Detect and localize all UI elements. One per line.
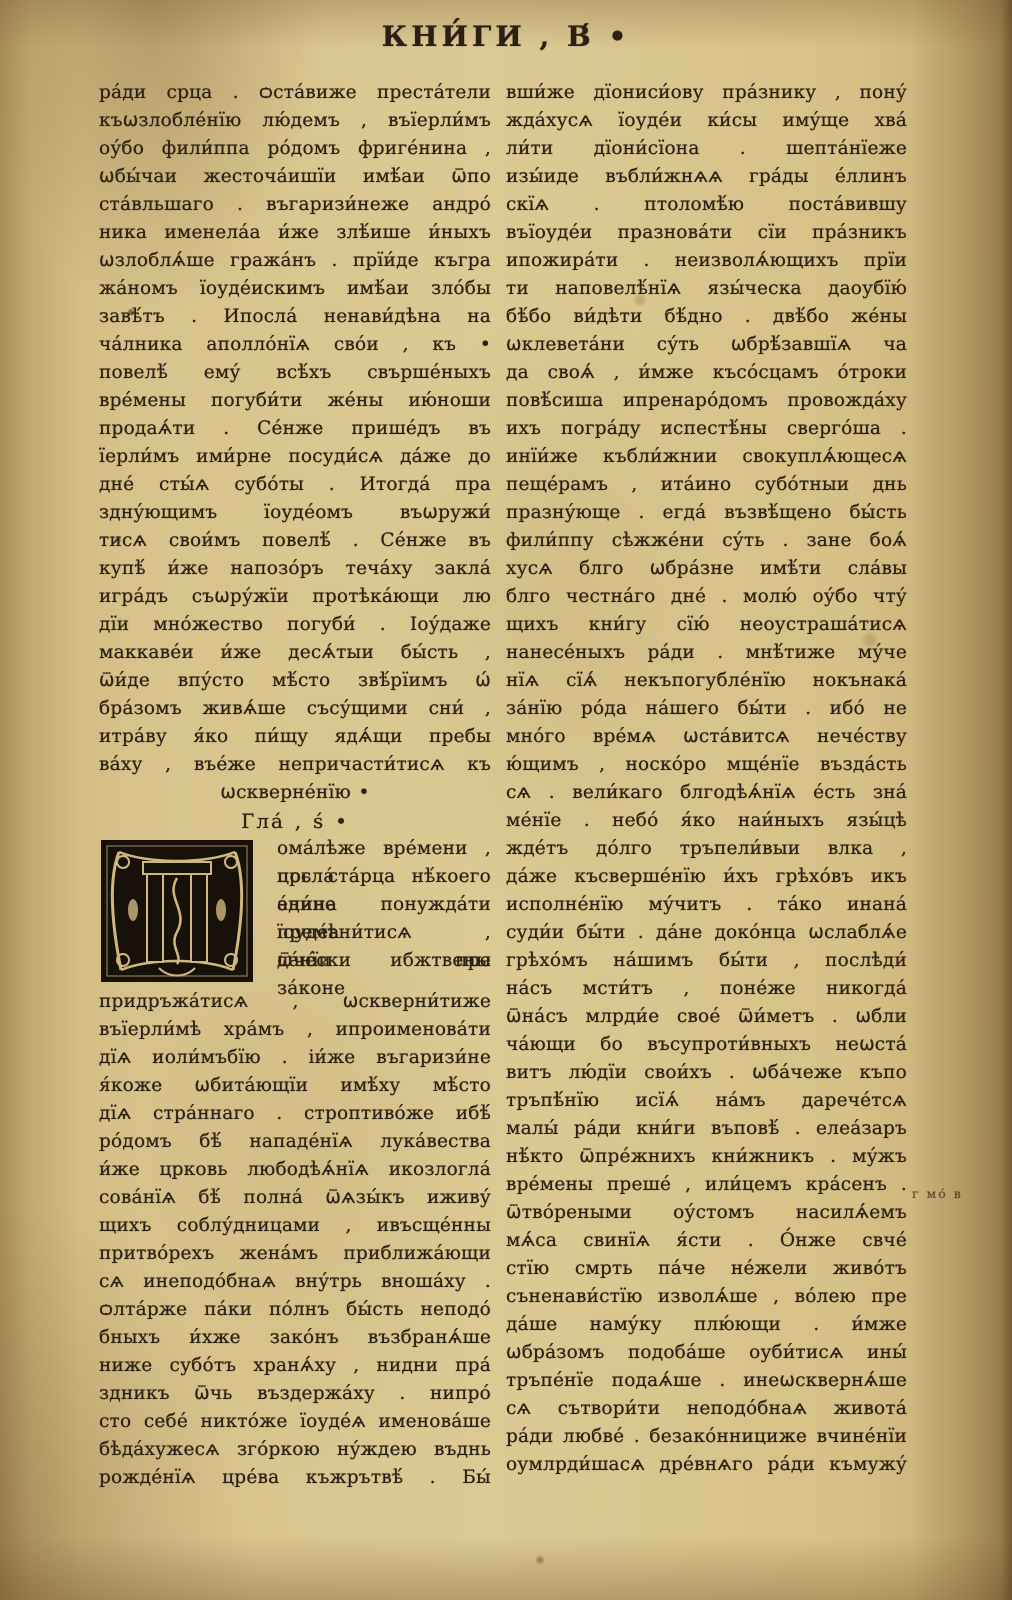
text-line: бра́зомъ живѧ́ше съсу́щими сни́ , (99, 695, 491, 723)
text-line: стїю смрть па́че не́жели живо́тъ (506, 1255, 907, 1283)
text-line: жа́номъ їоуде́искимъ имѣ́аи зло́бы (99, 275, 491, 303)
text-line: да́ше наму́ку плю́ющи . и́мже (506, 1311, 907, 1339)
text-line: я́коже ѡбита́ющїи имѣ́ху мѣ́сто (99, 1072, 491, 1100)
text-line: грѣхо́мъ на́шимъ бы́ти , послѣди́ (506, 947, 907, 975)
text-line: ли́ти дїони́сїона . шепта́нїеже (506, 135, 907, 163)
text-line: ю́щимъ , носко́ро мще́нїе възда́сть (506, 751, 907, 779)
text-line: ча́лника аполло́нїѧ сво́и , къ • (99, 331, 491, 359)
text-line: дїѧ стра́ннаго . строптиво́же ибѣ́ (99, 1100, 491, 1128)
text-line: придръжа́тисѧ , ѡскверни́тиже (99, 988, 491, 1016)
text-line: блго честна́го дне́ . молю́ оу́бо чту́ (506, 583, 907, 611)
text-line: мно́го вре́мѧ ѡста́витсѧ нече́ству (506, 723, 907, 751)
text-line: вши́же дїониси́ову пра́знику , пону́ (506, 79, 907, 107)
left-column-text: ра́ди срца . ѻста́виже преста́теликъѡзло… (99, 79, 491, 779)
text-line: притво́рехъ жена́мъ приближа́ющи (99, 1240, 491, 1268)
text-line: ѿи́де впу́сто мѣ́сто звѣ́рїимъ ѡ́ (99, 667, 491, 695)
margin-note: г мо́ в (912, 1186, 963, 1201)
text-line: исполне́нїю му́читъ . та́ко инана́ (506, 891, 907, 919)
text-line: витъ лю́дїи свои́хъ . ѡба́чеже къпо (506, 1059, 907, 1087)
text-line: бѣ́бо ви́дѣти бѣ́дно . двѣ́бо же́ны (506, 303, 907, 331)
text-line: нїѧ сїѧ́ некъпогубле́нїю нокънака́ (506, 667, 907, 695)
text-line: ѿна́съ млрди́е свое́ ѿи́метъ . ѡбли (506, 1003, 907, 1031)
text-line: жда́хусѧ їоуде́и ки́сы иму́ще хва́ (506, 107, 907, 135)
right-column-text: вши́же дїониси́ову пра́знику , пону́жда́… (506, 79, 907, 1479)
text-line: нанесе́ныхъ ра́ди . мнѣ́тиже му́че (506, 639, 907, 667)
text-line: тръпе́нїе подаѧ́ше . инеѡсквернѧ́ше (506, 1367, 907, 1395)
text-line: пеще́рамъ , ита́ино субо́тныи днь (506, 471, 907, 499)
text-line: въїерли́мѣ хра́мъ , ипроименова́ти (99, 1016, 491, 1044)
text-line: ста́вльшаго . въгаризи́неже андро́ (99, 191, 491, 219)
text-line: сѧ инеподо́бнаѧ вну́трь вноша́ху . (99, 1268, 491, 1296)
text-line: съненави́стїю изволѧ́ше , во́лею пре (506, 1283, 907, 1311)
left-column: ра́ди срца . ѻста́виже преста́теликъѡзло… (99, 79, 491, 1492)
text-line: ча́ющи бо въсупроти́вныхъ неѡста́ (506, 1031, 907, 1059)
text-line: инїи́же къбли́жнии свокуплѧ́ющесѧ (506, 443, 907, 471)
text-line: вре́мены преше́ , или́цемъ кра́сенъ . (506, 1171, 907, 1199)
text-line: сто себе́ никто́же їоуде́ѧ именова́ше (99, 1408, 491, 1436)
text-line: на́съ мсти́тъ , поне́же никогда́ (506, 975, 907, 1003)
text-line: въїоуде́и празнова́ти сїи пра́зникъ (506, 219, 907, 247)
text-line: здникъ ѿчь въздержа́ху . нипро́ (99, 1380, 491, 1408)
text-line: къѡзлобле́нїю лю́демъ , въїерли́мъ (99, 107, 491, 135)
text-line: рожде́нїѧ цре́ва къжрътвѣ́ . Бы́ (99, 1464, 491, 1492)
text-line: ра́ди срца . ѻста́виже преста́тели (99, 79, 491, 107)
text-line: сова́нїѧ бѣ́ полна́ ѿѧзы́къ иживу́ (99, 1184, 491, 1212)
text-line: ихъ погра́ду испестѣ́ны сверго́ша . (506, 415, 907, 443)
chapter-heading: Гла́ , ѕ́ • (99, 807, 491, 835)
text-line: ме́нїе . небо́ я́ко наи́ныхъ язы́цѣ (506, 807, 907, 835)
text-line: жде́тъ до́лго тръпели́выи влка , (506, 835, 907, 863)
text-line: ва́ху , въе́же непричасти́тисѧ къ (99, 751, 491, 779)
text-line: здну́ющимъ їоуде́омъ въѡружи́ (99, 499, 491, 527)
text-line: изы́иде въбли́жнѧѧ гра́ды е́ллинъ (506, 163, 907, 191)
text-line: повѣ́сиша ипренаро́домъ провожда́ху (506, 387, 907, 415)
text-line: щихъ соблу́дницами , ивъсще́нны (99, 1212, 491, 1240)
text-line: нѣ́кто ѿпре́жнихъ кни́жникъ . му́жъ (506, 1143, 907, 1171)
text-line: ника именела́а и́же злѣ́ише и́ныхъ (99, 219, 491, 247)
text-line: ѿтво́реными оу́стомъ насилѧ́емъ (506, 1199, 907, 1227)
text-line: тисѧ свои́мъ повелѣ́ . Се́нже въ (99, 527, 491, 555)
text-line: їерли́мъ ими́рне посуди́сѧ да́же до (99, 443, 491, 471)
text-line: сѧ сътвори́ти неподо́бнаѧ живота́ (506, 1395, 907, 1423)
text-line: мѧ́са свинїѧ я́сти . О́нже свче́ (506, 1227, 907, 1255)
page-title: КНИ́ГИ , В́ • (0, 20, 1012, 53)
text-line: скїѧ . птоломѣ́ю поста́вившу (506, 191, 907, 219)
text-line: ро́домъ бѣ́ нападе́нїѧ лука́вества (99, 1128, 491, 1156)
left-column-text-continued: придръжа́тисѧ , ѡскверни́тижевъїерли́мѣ … (99, 988, 491, 1492)
text-line: ѡбра́зомъ подоба́ше оуби́тисѧ ины́ (506, 1339, 907, 1367)
text-line: ѻлта́рже па́ки по́лнъ бы́сть неподо́ (99, 1296, 491, 1324)
text-line: суди́и бы́ти . да́не доко́нца ѡслаблѧ́е (506, 919, 907, 947)
text-line: да́же късверше́нїю и́хъ грѣхо́въ икъ (506, 863, 907, 891)
text-line: фили́ппу сѣжже́ни су́ть . зане боѧ́ (506, 527, 907, 555)
text-line: вре́мены погуби́ти же́ны ию́ноши (99, 387, 491, 415)
text-line: хусѧ блго ѡбра́зне имѣ́ти сла́вы (506, 555, 907, 583)
text-line: празну́юще . егда́ възвѣ́щено бы́сть (506, 499, 907, 527)
text-line: ниже субо́тъ хранѧ́ху , нидни пра́ (99, 1352, 491, 1380)
text-line: дне́ сты́ѧ субо́ты . Итогда́ пра (99, 471, 491, 499)
text-line: дїѧ иоли́мъбїю . іи́же въгаризи́не (99, 1044, 491, 1072)
text-line: купѣ́ и́же напозо́ръ теча́ху закла́ (99, 555, 491, 583)
text-line: игра́дъ съѡру́жїи протѣка́ющи лю (99, 583, 491, 611)
text-line: за́нїю ро́да на́шего бы́ти . ибо́ не (506, 695, 907, 723)
text-line: сѧ . вели́каго блгодѣѧ́нїѧ е́сть зна́ (506, 779, 907, 807)
text-line: да своѧ́ , и́мже късо́сцамъ о́троки (506, 359, 907, 387)
text-line: ра́ди любве́ . безако́ннициже вчине́нїи (506, 1423, 907, 1451)
paragraph-end-line: ѡскверне́нїю • (99, 779, 491, 807)
text-line: малы́ ра́ди кни́ги въповѣ́ . елеа́заръ (506, 1115, 907, 1143)
text-line: ѡзлоблѧ́ше гража́нъ . прїи́де къгра (99, 247, 491, 275)
text-line: и́же црковь любодѣѧ́нїѧ икозлогла́ (99, 1156, 491, 1184)
chapter-opening-paragraph: ома́лѣже вре́мени , посла́црь ста́рца нѣ… (99, 835, 491, 988)
text-line: маккаве́и и́же десѧ́тыи бы́сть , (99, 639, 491, 667)
text-line: ипожира́ти . неизволѧ́ющихъ прїи (506, 247, 907, 275)
text-line: бѣда́хужесѧ зго́ркою ну́ждею въднь (99, 1436, 491, 1464)
text-line: завѣ́тъ . Ипосла́ ненави́дѣна на (99, 303, 491, 331)
text-line: ти наповелѣ́нїѧ язы́ческа даоубїю́ (506, 275, 907, 303)
text-line: дїи мно́жество погуби́ . Іоу́даже (99, 611, 491, 639)
text-line: итра́ву я́ко пи́щу ядѧ́щи пребы (99, 723, 491, 751)
text-line: оумлрди́шасѧ дре́внѧго ра́ди къмужу́ (506, 1451, 907, 1479)
right-column: вши́же дїониси́ову пра́знику , пону́жда́… (506, 79, 907, 1479)
text-line: бныхъ и́хже зако́нъ възбранѧ́ше (99, 1324, 491, 1352)
text-line: повелѣ́ ему́ всѣ́хъ свърше́ныхъ (99, 359, 491, 387)
text-line: ѡбы́чаи жесточа́ишїи имѣ́аи ѿпо (99, 163, 491, 191)
text-line: тръпѣ́нїю исїѧ́ на́мъ дарече́тсѧ (506, 1087, 907, 1115)
woodcut-initial-P-icon (99, 838, 255, 984)
text-line: ѡклевета́ни су́ть ѡбрѣ́завшїѧ ча (506, 331, 907, 359)
text-line: щихъ кни́гу сїю́ неоустраша́тисѧ (506, 611, 907, 639)
text-line: оу́бо фили́ппа ро́домъ фриге́нина , (99, 135, 491, 163)
text-line: продаѧ́ти . Се́нже прише́дъ въ (99, 415, 491, 443)
